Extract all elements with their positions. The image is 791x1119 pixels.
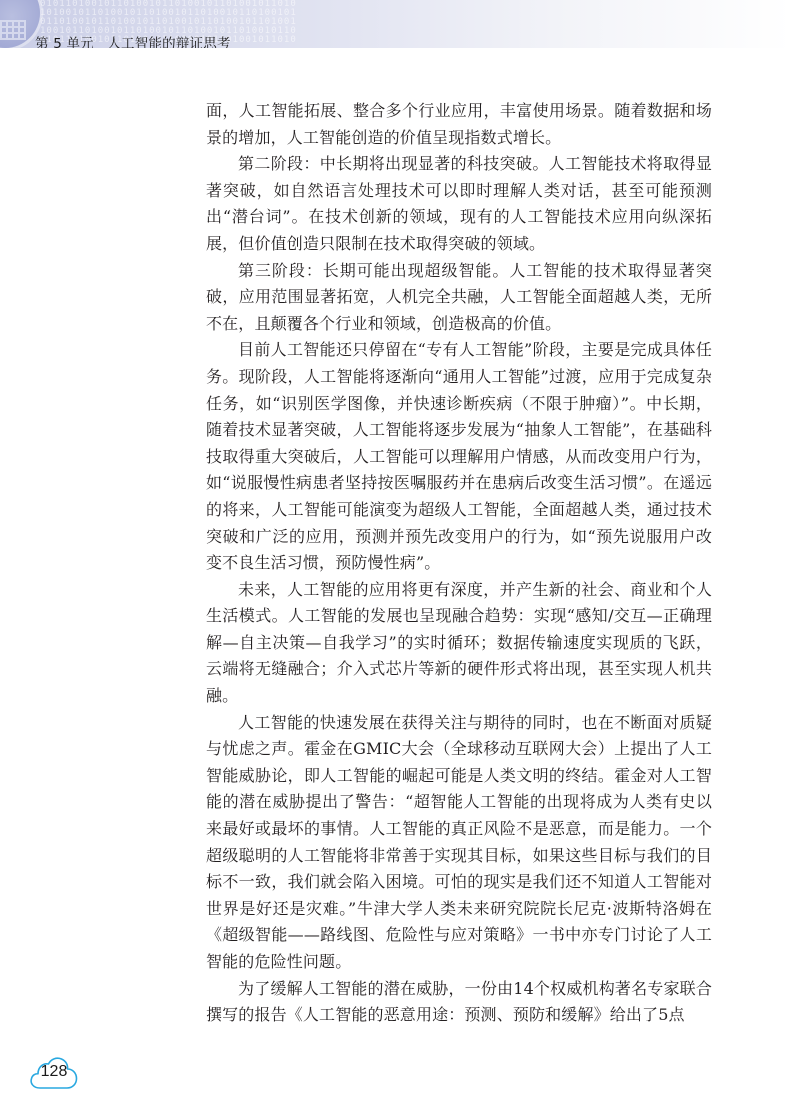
- body-text: 面，人工智能拓展、整合多个行业应用，丰富使用场景。随着数据和场景的增加，人工智能…: [206, 98, 712, 1029]
- page-number: 128: [28, 1063, 80, 1081]
- chapter-title: 第 5 单元 人工智能的辩证思考: [35, 32, 231, 48]
- paragraph-3: 第三阶段：长期可能出现超级智能。人工智能的技术取得显著突破，应用范围显著拓宽，人…: [206, 258, 712, 338]
- paragraph-7: 为了缓解人工智能的潜在威胁，一份由14个权威机构著名专家联合撰写的报告《人工智能…: [206, 976, 712, 1029]
- paragraph-5: 未来，人工智能的应用将更有深度，并产生新的社会、商业和个人生活模式。人工智能的发…: [206, 577, 712, 710]
- page-number-badge: 128: [28, 1055, 80, 1091]
- paragraph-2: 第二阶段：中长期将出现显著的科技突破。人工智能技术将取得显著突破，如自然语言处理…: [206, 151, 712, 257]
- paragraph-1: 面，人工智能拓展、整合多个行业应用，丰富使用场景。随着数据和场景的增加，人工智能…: [206, 98, 712, 151]
- page-header: 0101101001011010010110100101101001011010…: [0, 0, 791, 48]
- grid-decoration-icon: [0, 20, 26, 40]
- paragraph-4: 目前人工智能还只停留在“专有人工智能”阶段，主要是完成具体任务。现阶段，人工智能…: [206, 337, 712, 576]
- paragraph-6: 人工智能的快速发展在获得关注与期待的同时，也在不断面对质疑与忧虑之声。霍金在GM…: [206, 710, 712, 976]
